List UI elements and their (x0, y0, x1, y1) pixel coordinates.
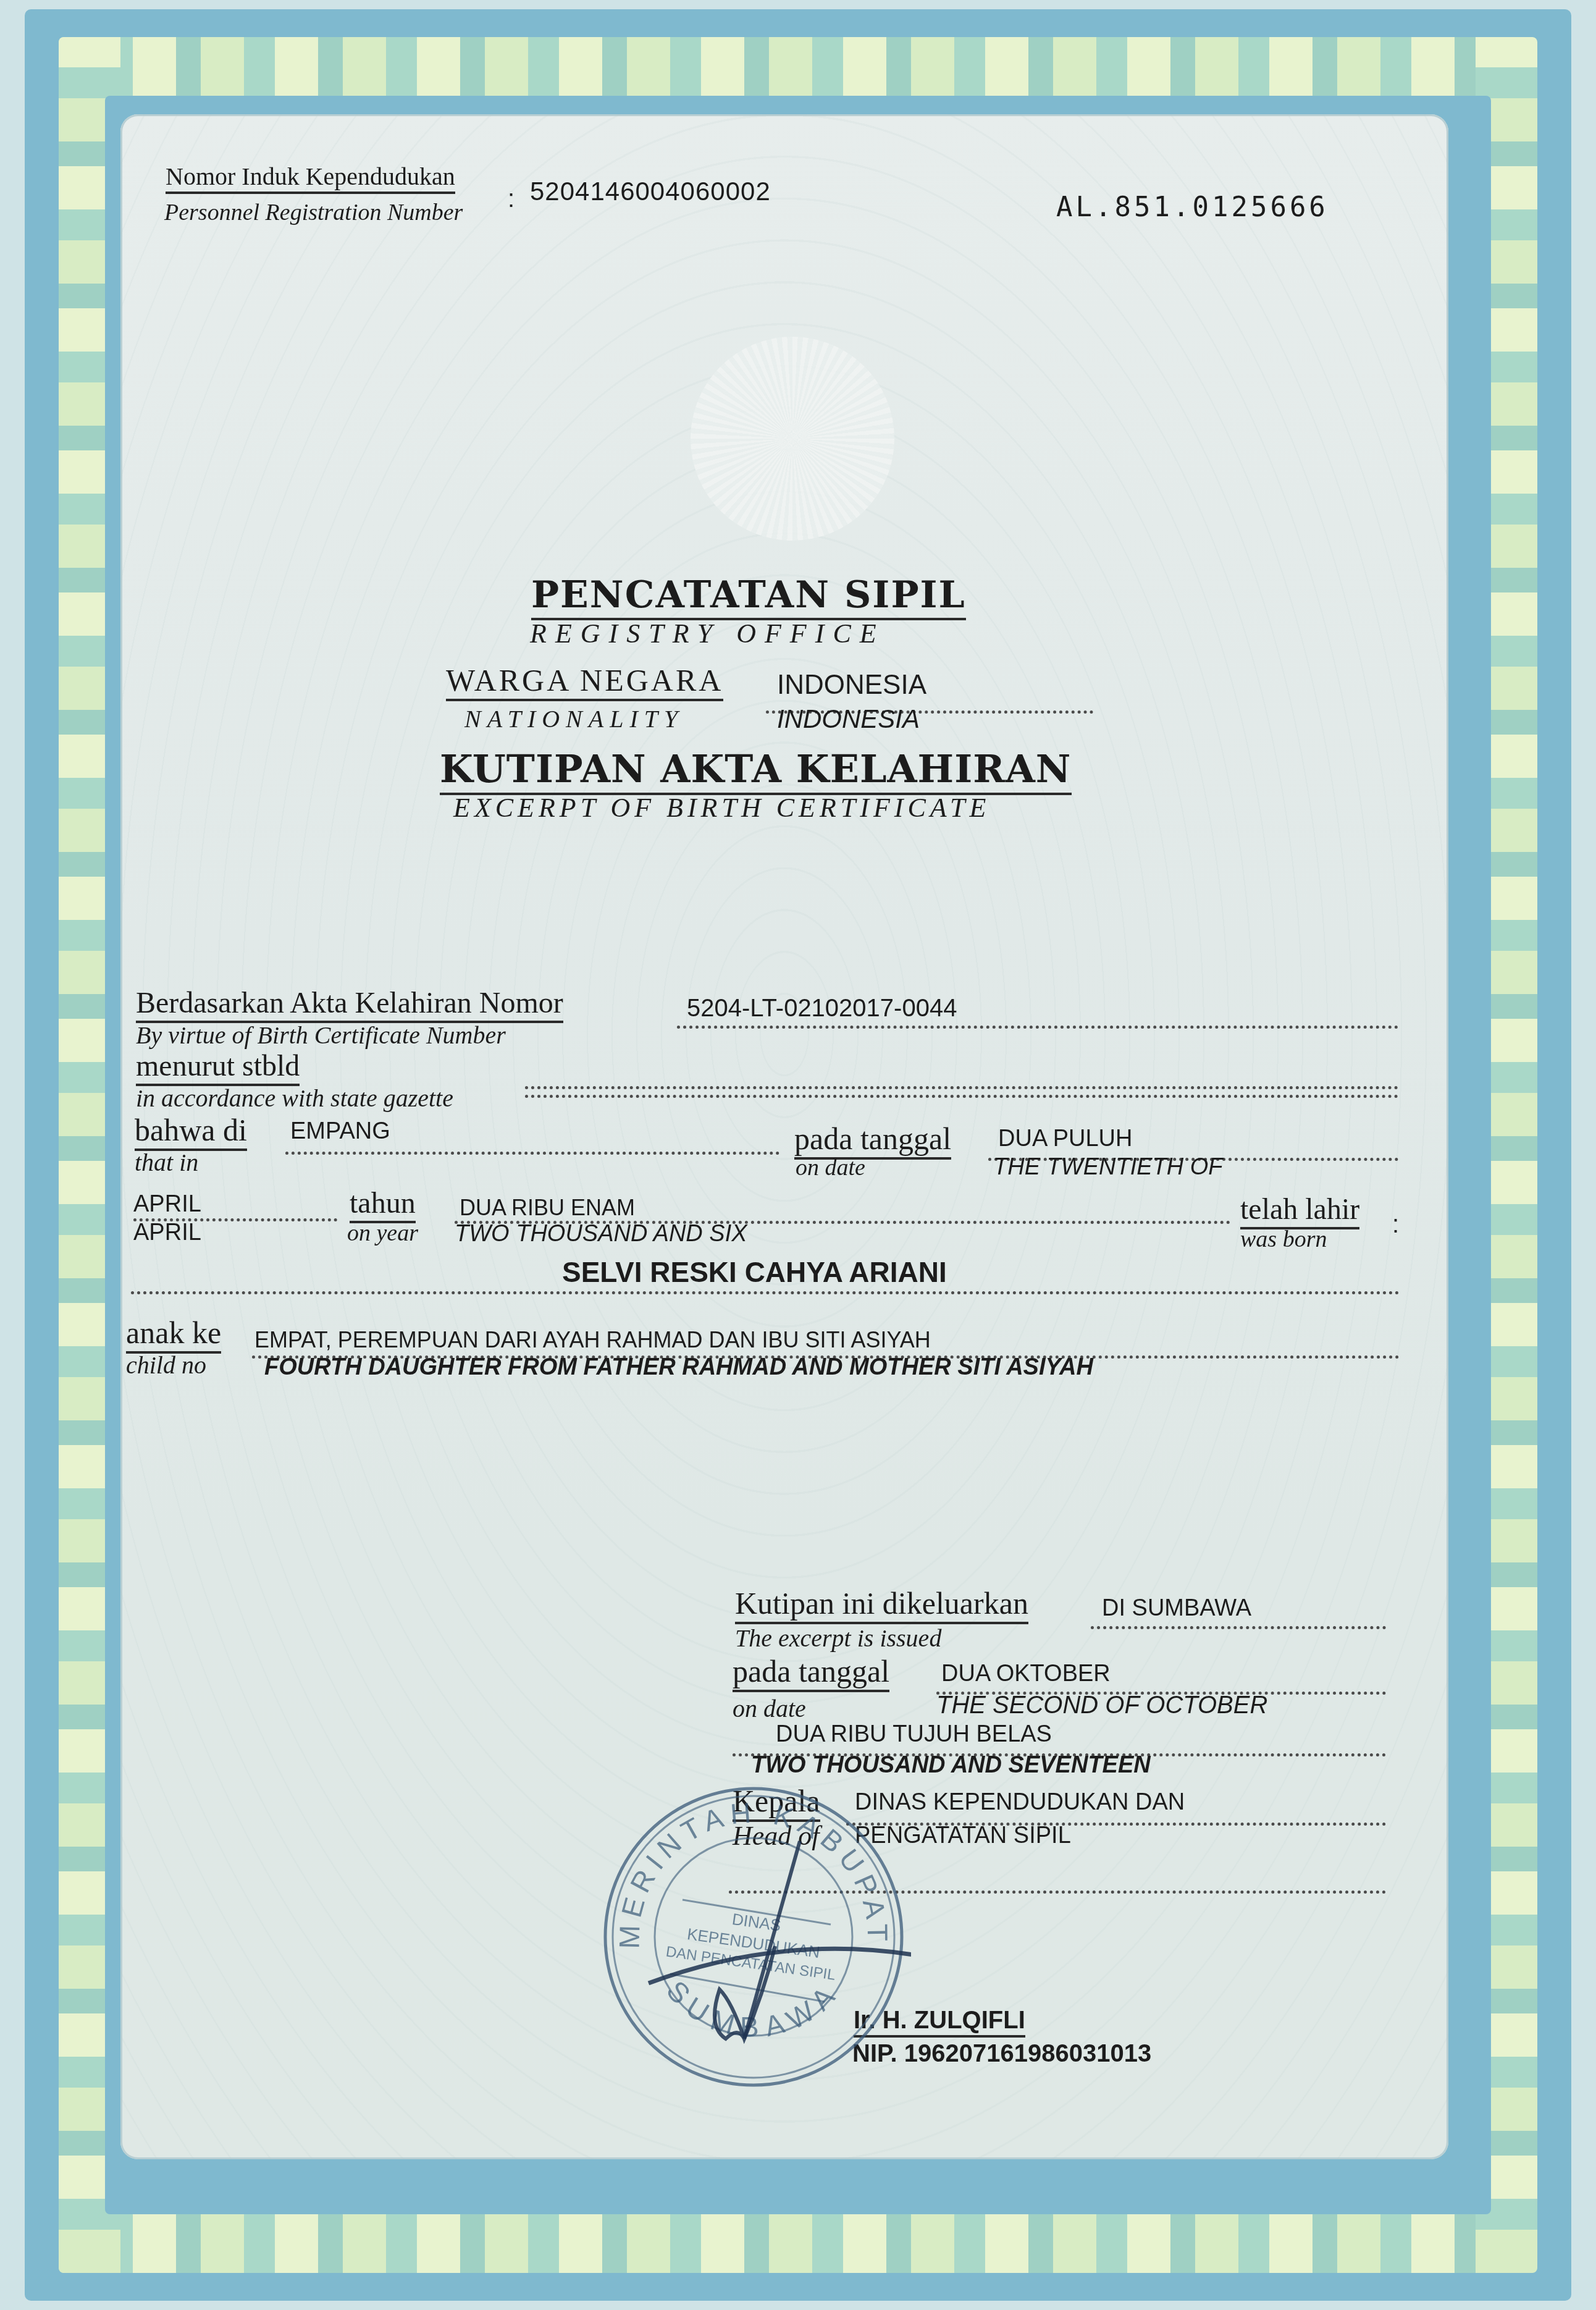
born-label: telah lahir (1240, 1192, 1359, 1226)
month-value-en: APRIL (133, 1220, 201, 1246)
cert-number-value: 5204-LT-02102017-0044 (687, 995, 957, 1022)
cert-number-label: Berdasarkan Akta Kelahiran Nomor (136, 986, 563, 1020)
date-value-en: THE TWENTIETH OF (993, 1154, 1223, 1181)
child-no-value-en: FOURTH DAUGHTER FROM FATHER RAHMAD AND M… (264, 1354, 1093, 1381)
issued-year-value: DUA RIBU TUJUH BELAS (776, 1721, 1052, 1748)
issued-label: Kutipan ini dikeluarkan (735, 1585, 1028, 1621)
nationality-label-en: NATIONALITY (464, 704, 684, 733)
year-value: DUA RIBU ENAM (460, 1195, 635, 1221)
stbld-dotted-line (525, 1086, 1398, 1089)
cert-number-dotted-line (677, 1026, 1398, 1029)
child-no-label-text: anak ke (126, 1315, 221, 1354)
born-colon: : (1392, 1211, 1399, 1239)
place-label-en: that in (135, 1148, 198, 1177)
nationality-value-en: INDONESIA (777, 704, 920, 734)
issued-date-value: DUA OKTOBER (941, 1661, 1111, 1687)
child-name: SELVI RESKI CAHYA ARIANI (562, 1255, 947, 1289)
child-no-label-en: child no (126, 1351, 206, 1380)
nik-colon: : (508, 185, 514, 213)
born-label-en: was born (1240, 1226, 1327, 1253)
year-label: tahun (350, 1186, 416, 1220)
issued-place: DI SUMBAWA (1102, 1595, 1251, 1622)
stbld-label: menurut stbld (136, 1049, 300, 1083)
nik-label-en: Personnel Registration Number (164, 199, 463, 226)
issued-place-dotted-line (1091, 1626, 1386, 1629)
serial-number: AL.851.0125666 (1056, 192, 1329, 223)
office-title-text: PENCATATAN SIPIL (531, 573, 966, 620)
issued-date-value-en: THE SECOND OF OCTOBER (936, 1692, 1267, 1719)
cert-number-label-en: By virtue of Birth Certificate Number (136, 1021, 506, 1050)
issued-year-value-en: TWO THOUSAND AND SEVENTEEN (751, 1752, 1151, 1779)
place-value: EMPANG (290, 1118, 390, 1145)
office-title-en: REGISTRY OFFICE (530, 618, 885, 649)
nik-label: Nomor Induk Kependudukan (166, 162, 455, 191)
issued-label-en: The excerpt is issued (735, 1624, 941, 1653)
year-label-en: on year (347, 1220, 418, 1247)
place-label: bahwa di (135, 1112, 247, 1148)
document-title: KUTIPAN AKTA KELAHIRAN (440, 746, 1072, 791)
birth-certificate-document: Nomor Induk Kependudukan Personnel Regis… (0, 0, 1596, 2310)
office-title: PENCATATAN SIPIL (531, 573, 966, 617)
stbld-label-en: in accordance with state gazette (136, 1084, 453, 1113)
issued-date-label: pada tanggal (733, 1653, 889, 1689)
issued-date-label-en: on date (733, 1694, 806, 1723)
official-stamp-icon: PEMERINTAH KABUPATEN SUMBAWA DINAS KEPEN… (596, 1779, 911, 2094)
year-label-text: tahun (350, 1187, 416, 1223)
issued-label-text: Kutipan ini dikeluarkan (735, 1586, 1028, 1624)
year-value-en: TWO THOUSAND AND SIX (455, 1221, 747, 1247)
issued-date-label-text: pada tanggal (733, 1654, 889, 1692)
document-title-en: EXCERPT OF BIRTH CERTIFICATE (453, 792, 990, 824)
date-label-en: on date (796, 1154, 865, 1181)
child-name-dotted-line (131, 1291, 1400, 1294)
child-no-value: EMPAT, PEREMPUAN DARI AYAH RAHMAD DAN IB… (254, 1327, 931, 1353)
nik-label-text: Nomor Induk Kependudukan (166, 162, 455, 194)
nationality-label-text: WARGA NEGARA (446, 663, 723, 701)
nationality-label: WARGA NEGARA (446, 662, 723, 698)
nik-value: 5204146004060002 (530, 177, 771, 206)
date-value: DUA PULUH (998, 1126, 1133, 1152)
stbld-label-text: menurut stbld (136, 1050, 300, 1086)
stbld-dotted-line-2 (525, 1095, 1398, 1098)
born-label-text: telah lahir (1240, 1193, 1359, 1229)
month-value: APRIL (133, 1191, 201, 1218)
nationality-value: INDONESIA (777, 670, 926, 701)
place-dotted-line (285, 1152, 779, 1155)
garuda-watermark-icon (691, 337, 894, 541)
cert-number-label-text: Berdasarkan Akta Kelahiran Nomor (136, 987, 563, 1023)
place-label-text: bahwa di (135, 1113, 247, 1151)
document-title-text: KUTIPAN AKTA KELAHIRAN (440, 746, 1072, 795)
child-no-label: anak ke (126, 1315, 221, 1351)
date-label: pada tanggal (794, 1121, 951, 1157)
